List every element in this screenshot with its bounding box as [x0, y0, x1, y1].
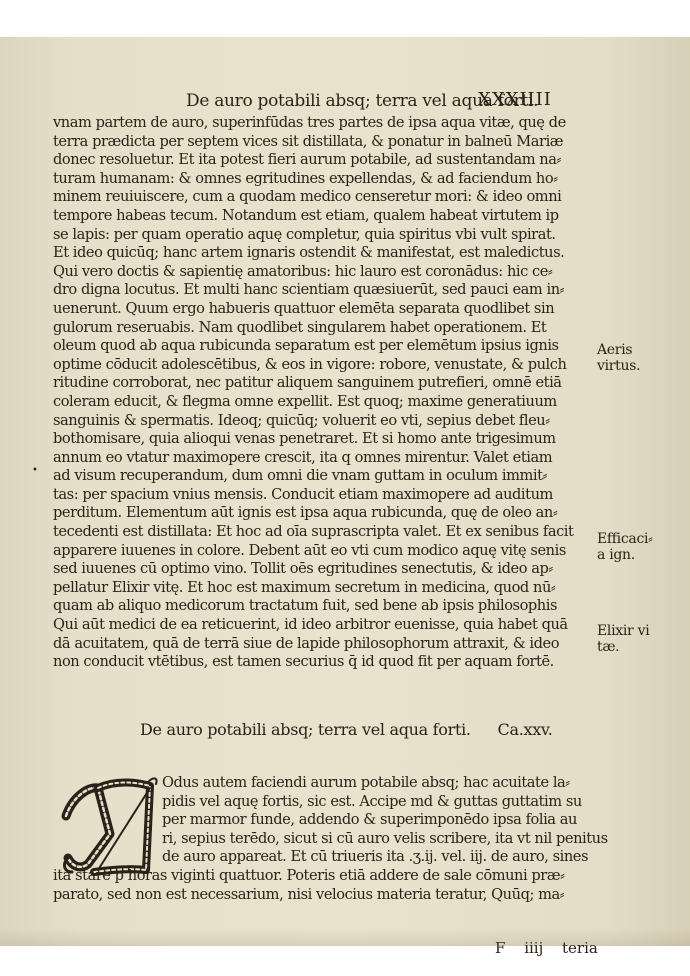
text-line: Et ideo quicūq; hanc artem ignaris osten…	[53, 244, 581, 263]
text-line: vnam partem de auro, superinfūdas tres p…	[53, 114, 581, 133]
text-line: pellatur Elixir vitę. Et hoc est maximum…	[53, 579, 581, 598]
signature-line: F iiij teria	[495, 939, 598, 957]
margin-dot: •	[32, 465, 38, 476]
text-line: se lapis: per quam operatio aquę complet…	[53, 226, 581, 245]
text-line: oleum quod ab aqua rubicunda separatum e…	[53, 337, 581, 356]
text-line: dro digna locutus. Et multi hanc scienti…	[53, 281, 581, 300]
text-line: donec resoluetur. Et ita potest fieri au…	[53, 151, 581, 170]
text-line: tecedenti est distillata: Et hoc ad oīa …	[53, 523, 581, 542]
text-line: Odus autem faciendi aurum potabile absq;…	[53, 774, 583, 793]
folio-number: XXXIIII	[478, 89, 552, 110]
text-line: ri, sepius terēdo, sicut si cū auro veli…	[53, 830, 583, 849]
text-line: uenerunt. Quum ergo habueris quattuor el…	[53, 300, 581, 319]
chapter-heading: De auro potabili absq; terra vel aqua fo…	[140, 720, 553, 739]
text-line: apparere iuuenes in colore. Debent aūt e…	[53, 542, 581, 561]
paragraph-2: Odus autem faciendi aurum potabile absq;…	[53, 774, 583, 904]
text-line: sanguinis & spermatis. Ideoq; quicūq; vo…	[53, 412, 581, 431]
book-page: De auro potabili absq; terra vel aqua fo…	[0, 37, 690, 946]
margin-note-elixir-vitae: Elixir vi tæ.	[597, 623, 649, 655]
text-line: per marmor funde, addendo & superimponēd…	[53, 811, 583, 830]
text-line: turam humanam: & omnes egritudines expel…	[53, 170, 581, 189]
text-line: optime cōducit adolescētibus, & eos in v…	[53, 356, 581, 375]
text-line: quam ab aliquo medicorum tractatum fuit,…	[53, 597, 581, 616]
text-line: non conducit vtētibus, est tamen securiu…	[53, 653, 581, 672]
text-line: ita stare p horas viginti quattuor. Pote…	[53, 867, 583, 886]
text-line: ritudine corroborat, nec patitur aliquem…	[53, 374, 581, 393]
catchword: teria	[562, 939, 598, 957]
text-line: parato, sed non est necessarium, nisi ve…	[53, 886, 583, 905]
margin-note-aeris-virtus: Aeris virtus.	[597, 342, 640, 374]
text-line: tempore habeas tecum. Notandum est etiam…	[53, 207, 581, 226]
text-line: minem reuiuiscere, cum a quodam medico c…	[53, 188, 581, 207]
text-line: terra prædicta per septem vices sit dist…	[53, 133, 581, 152]
text-line: gulorum reseruabis. Nam quodlibet singul…	[53, 319, 581, 338]
text-line: annum eo vtatur maximopere crescit, ita …	[53, 449, 581, 468]
signature-number: iiij	[524, 939, 543, 957]
chapter-title: De auro potabili absq; terra vel aqua fo…	[140, 720, 471, 739]
text-line: ad visum recuperandum, dum omni die vnam…	[53, 467, 581, 486]
text-line: coleram educit, & flegma omne expellit. …	[53, 393, 581, 412]
signature-mark: F	[495, 939, 505, 957]
text-line: dā acuitatem, quā de terrā siue de lapid…	[53, 635, 581, 654]
chapter-number: Ca.xxv.	[498, 720, 553, 739]
text-line: pidis vel aquę fortis, sic est. Accipe m…	[53, 793, 583, 812]
running-head: De auro potabili absq; terra vel aqua fo…	[186, 91, 606, 111]
text-line: de auro appareat. Et cū triueris ita .ʒ.…	[53, 848, 583, 867]
text-line: Qui vero doctis & sapientię amatoribus: …	[53, 263, 581, 282]
text-line: Qui aūt medici de ea reticuerint, id ide…	[53, 616, 581, 635]
text-line: perditum. Elementum aūt ignis est ipsa a…	[53, 504, 581, 523]
text-line: tas: per spacium vnius mensis. Conducit …	[53, 486, 581, 505]
paragraph-1: vnam partem de auro, superinfūdas tres p…	[53, 114, 581, 672]
text-line: sed iuuenes cū optimo vino. Tollit oēs e…	[53, 560, 581, 579]
margin-note-efficacia-ignis: Efficaci⸗ a ign.	[597, 531, 653, 563]
text-line: bothomisare, quia alioqui venas penetrar…	[53, 430, 581, 449]
